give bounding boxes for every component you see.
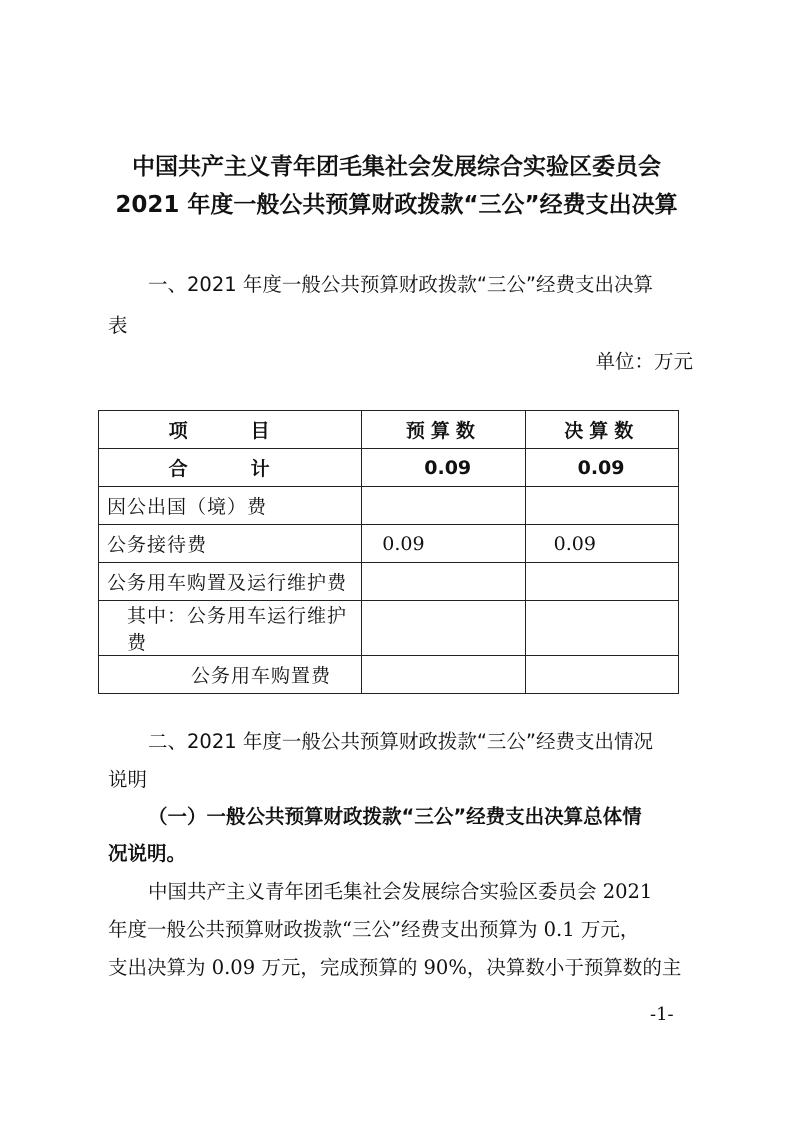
row-final: 0.09: [525, 449, 678, 487]
document-title-line2: 2021 年度一般公共预算财政拨款“三公”经费支出决算: [0, 186, 793, 219]
table-row: 公务用车购置费: [99, 656, 679, 694]
row-budget: [362, 601, 525, 656]
page-number: -1-: [650, 1004, 674, 1025]
header-item: 项 目: [99, 411, 362, 449]
section1-heading-cont: 表: [108, 316, 693, 336]
row-final: 0.09: [525, 525, 678, 563]
row-label: 其中：公务用车运行维护费: [99, 601, 362, 656]
subsection1-heading: （一）一般公共预算财政拨款“三公”经费支出决算总体情: [148, 807, 733, 827]
table-row: 公务接待费 0.09 0.09: [99, 525, 679, 563]
row-budget: [362, 563, 525, 601]
row-budget: [362, 656, 525, 694]
row-final: [525, 656, 678, 694]
header-budget: 预算数: [362, 411, 525, 449]
unit-label: 单位：万元: [108, 352, 693, 372]
document-title-line1: 中国共产主义青年团毛集社会发展综合实验区委员会: [0, 148, 793, 181]
row-label: 因公出国（境）费: [99, 487, 362, 525]
body-line3: 支出决算为 0.09 万元，完成预算的 90%，决算数小于预算数的主: [108, 958, 693, 978]
row-label: 公务用车购置费: [99, 656, 362, 694]
subsection1-heading-cont: 况说明。: [108, 844, 693, 864]
table-header-row: 项 目 预算数 决算数: [99, 411, 679, 449]
row-budget: 0.09: [362, 449, 525, 487]
three-public-expenses-table: 项 目 预算数 决算数 合 计 0.09 0.09 因公出国（境）费 公务接待费…: [98, 410, 679, 694]
row-budget: [362, 487, 525, 525]
table-row: 因公出国（境）费: [99, 487, 679, 525]
row-label: 合 计: [99, 449, 362, 487]
body-line2: 年度一般公共预算财政拨款“三公”经费支出预算为 0.1 万元，: [108, 920, 693, 940]
table-row: 其中：公务用车运行维护费: [99, 601, 679, 656]
row-final: [525, 563, 678, 601]
section2-heading: 二、2021 年度一般公共预算财政拨款“三公”经费支出情况: [148, 732, 733, 752]
section1-heading: 一、2021 年度一般公共预算财政拨款“三公”经费支出决算: [148, 275, 733, 295]
row-label: 公务接待费: [99, 525, 362, 563]
table-row: 公务用车购置及运行维护费: [99, 563, 679, 601]
header-final: 决算数: [525, 411, 678, 449]
row-final: [525, 487, 678, 525]
row-label: 公务用车购置及运行维护费: [99, 563, 362, 601]
row-final: [525, 601, 678, 656]
body-line1: 中国共产主义青年团毛集社会发展综合实验区委员会 2021: [148, 882, 733, 902]
table-row-total: 合 计 0.09 0.09: [99, 449, 679, 487]
row-budget: 0.09: [362, 525, 525, 563]
section2-heading-cont: 说明: [108, 770, 693, 790]
